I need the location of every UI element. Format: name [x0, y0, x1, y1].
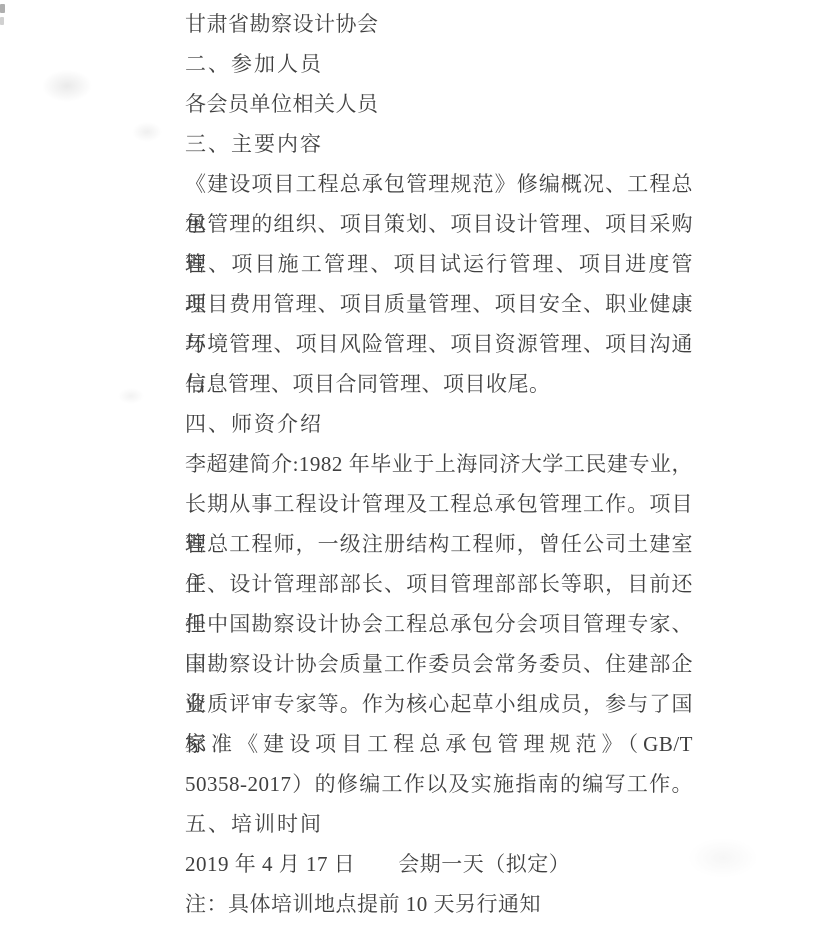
scan-smudge — [42, 70, 92, 102]
line-instructor-bio-9: 50358-2017）的修编工作以及实施指南的编写工作。 — [185, 764, 693, 804]
line-instructor-bio-8: 标准《建设项目工程总承包管理规范》（GB/T — [185, 724, 693, 764]
line-instructor-bio-4: 任、设计管理部部长、项目管理部部长等职，目前还担 — [185, 564, 693, 604]
scanned-document-page: 甘肃省勘察设计协会 二、参加人员 各会员单位相关人员 三、主要内容 《建设项目工… — [0, 0, 832, 933]
line-instructor-bio-3: 理总工程师，一级注册结构工程师，曾任公司土建室主 — [185, 524, 693, 564]
scan-smudge — [688, 838, 758, 878]
line-training-date: 2019 年 4 月 17 日 会期一天（拟定） — [185, 844, 693, 884]
line-instructor-bio-1: 李超建简介:1982 年毕业于上海同济大学工民建专业， — [185, 444, 693, 484]
line-main-content-1: 《建设项目工程总承包管理规范》修编概况、工程总承 — [185, 164, 693, 204]
line-main-content-6: 信息管理、项目合同管理、项目收尾。 — [185, 364, 693, 404]
line-participants: 各会员单位相关人员 — [185, 84, 693, 124]
line-instructor-bio-6: 国勘察设计协会质量工作委员会常务委员、住建部企业 — [185, 644, 693, 684]
line-main-content-4: 项目费用管理、项目质量管理、项目安全、职业健康与 — [185, 284, 693, 324]
line-main-content-2: 包管理的组织、项目策划、项目设计管理、项目采购管 — [185, 204, 693, 244]
line-main-content-5: 环境管理、项目风险管理、项目资源管理、项目沟通与 — [185, 324, 693, 364]
scan-smudge — [118, 388, 144, 404]
scan-speck — [0, 4, 5, 13]
heading-section-training-time: 五、培训时间 — [185, 804, 693, 844]
heading-section-instructor: 四、师资介绍 — [185, 404, 693, 444]
line-organizer-continuation: 甘肃省勘察设计协会 — [185, 4, 693, 44]
line-instructor-bio-5: 任中国勘察设计协会工程总承包分会项目管理专家、中 — [185, 604, 693, 644]
line-instructor-bio-2: 长期从事工程设计管理及工程总承包管理工作。项目管 — [185, 484, 693, 524]
line-location-note: 注：具体培训地点提前 10 天另行通知 — [185, 884, 693, 924]
heading-section-participants: 二、参加人员 — [185, 44, 693, 84]
line-instructor-bio-7: 资质评审专家等。作为核心起草小组成员，参与了国家 — [185, 684, 693, 724]
scan-speck — [0, 17, 4, 25]
scan-smudge — [132, 122, 162, 142]
heading-section-main-content: 三、主要内容 — [185, 124, 693, 164]
document-body: 甘肃省勘察设计协会 二、参加人员 各会员单位相关人员 三、主要内容 《建设项目工… — [185, 4, 693, 924]
line-main-content-3: 理、项目施工管理、项目试运行管理、项目进度管理、 — [185, 244, 693, 284]
